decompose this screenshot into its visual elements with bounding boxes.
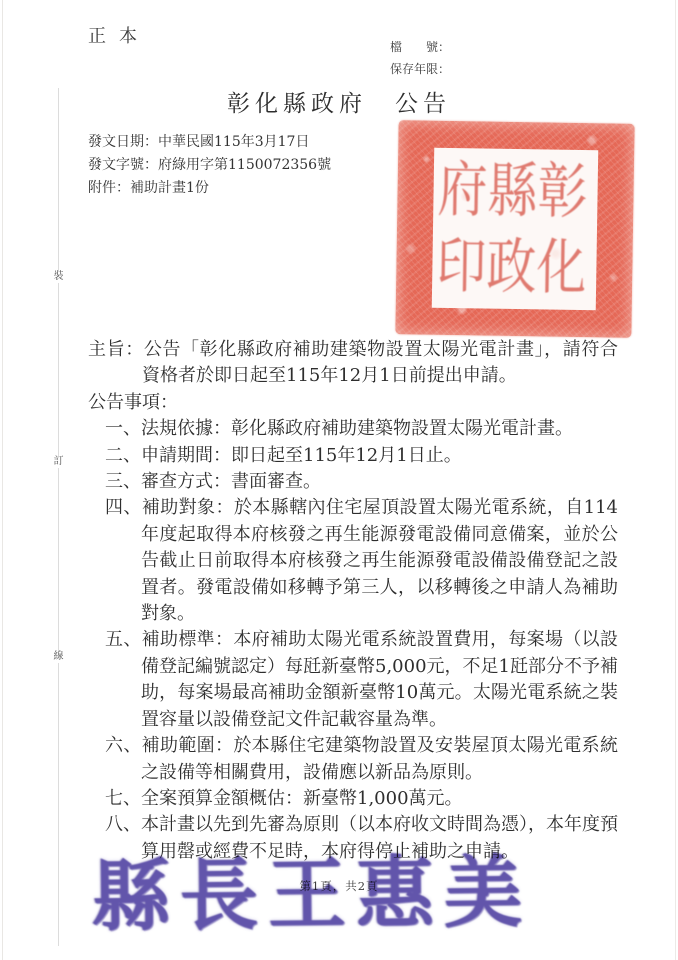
issue-date: 發文日期：中華民國115年3月17日 [88,131,331,154]
announcement-item-5: 五、補助標準：本府補助太陽光電系統設置費用，每案場（以設備登記編號認定）每瓩新臺… [105,627,618,733]
attachment: 附件：補助計畫1份 [88,177,331,200]
seal-character: 彰 [537,161,588,222]
document-title: 彰化縣政府 公告 [0,85,678,118]
issue-number: 發文字號：府綠用字第1150072356號 [88,154,331,177]
seal-column: 府 印 [436,152,488,305]
binding-mark-xian: 線 [51,651,66,663]
scan-edge-left [2,0,3,960]
copy-type-label: 正本 [88,22,150,48]
seal-character: 府 [437,160,488,221]
file-number-label: 檔 號： [390,36,450,58]
magistrate-signature-stamp: 縣長王惠美 [92,850,533,940]
announcement-items-label: 公告事項： [88,390,618,416]
announcement-item-3: 三、審查方式：書面審查。 [105,469,618,495]
announcement-body: 主旨：公告「彰化縣政府補助建築物設置太陽光電計畫」，請符合資格者於即日起至115… [88,337,618,865]
official-seal: 彰 化 縣 政 府 印 [395,120,634,338]
announcement-item-7: 七、全案預算金額概估：新臺幣1,000萬元。 [105,786,618,812]
seal-character: 縣 [487,161,538,222]
binding-mark-zhuang: 裝 [51,271,66,283]
document-page: 裝 訂 線 正本 檔 號： 保存年限： 彰化縣政府 公告 發文日期：中華民國11… [0,0,678,960]
binding-mark-ding: 訂 [51,456,66,468]
announcement-item-2: 二、申請期間：即日起至115年12月1日止。 [105,443,618,469]
subject-paragraph: 主旨：公告「彰化縣政府補助建築物設置太陽光電計畫」，請符合資格者於即日起至115… [88,337,618,390]
seal-column: 彰 化 [536,153,588,306]
announcement-item-6: 六、補助範圍：於本縣住宅建築物設置及安裝屋頂太陽光電系統之設備等相關費用，設備應… [105,733,618,786]
official-seal-inner: 彰 化 縣 政 府 印 [432,148,598,311]
scan-edge-right [675,0,676,960]
retention-period-label: 保存年限： [390,58,450,80]
announcement-item-4: 四、補助對象：於本縣轄內住宅屋頂設置太陽光電系統，自114年度起取得本府核發之再… [105,495,618,627]
announcement-item-1: 一、法規依據：彰化縣政府補助建築物設置太陽光電計畫。 [105,416,618,442]
seal-character: 政 [486,237,537,298]
document-meta: 發文日期：中華民國115年3月17日 發文字號：府綠用字第1150072356號… [88,131,331,200]
seal-character: 化 [536,237,587,298]
binding-line [58,88,59,946]
seal-character: 印 [436,236,487,297]
seal-column: 縣 政 [486,153,538,306]
file-number-block: 檔 號： 保存年限： [390,36,450,80]
